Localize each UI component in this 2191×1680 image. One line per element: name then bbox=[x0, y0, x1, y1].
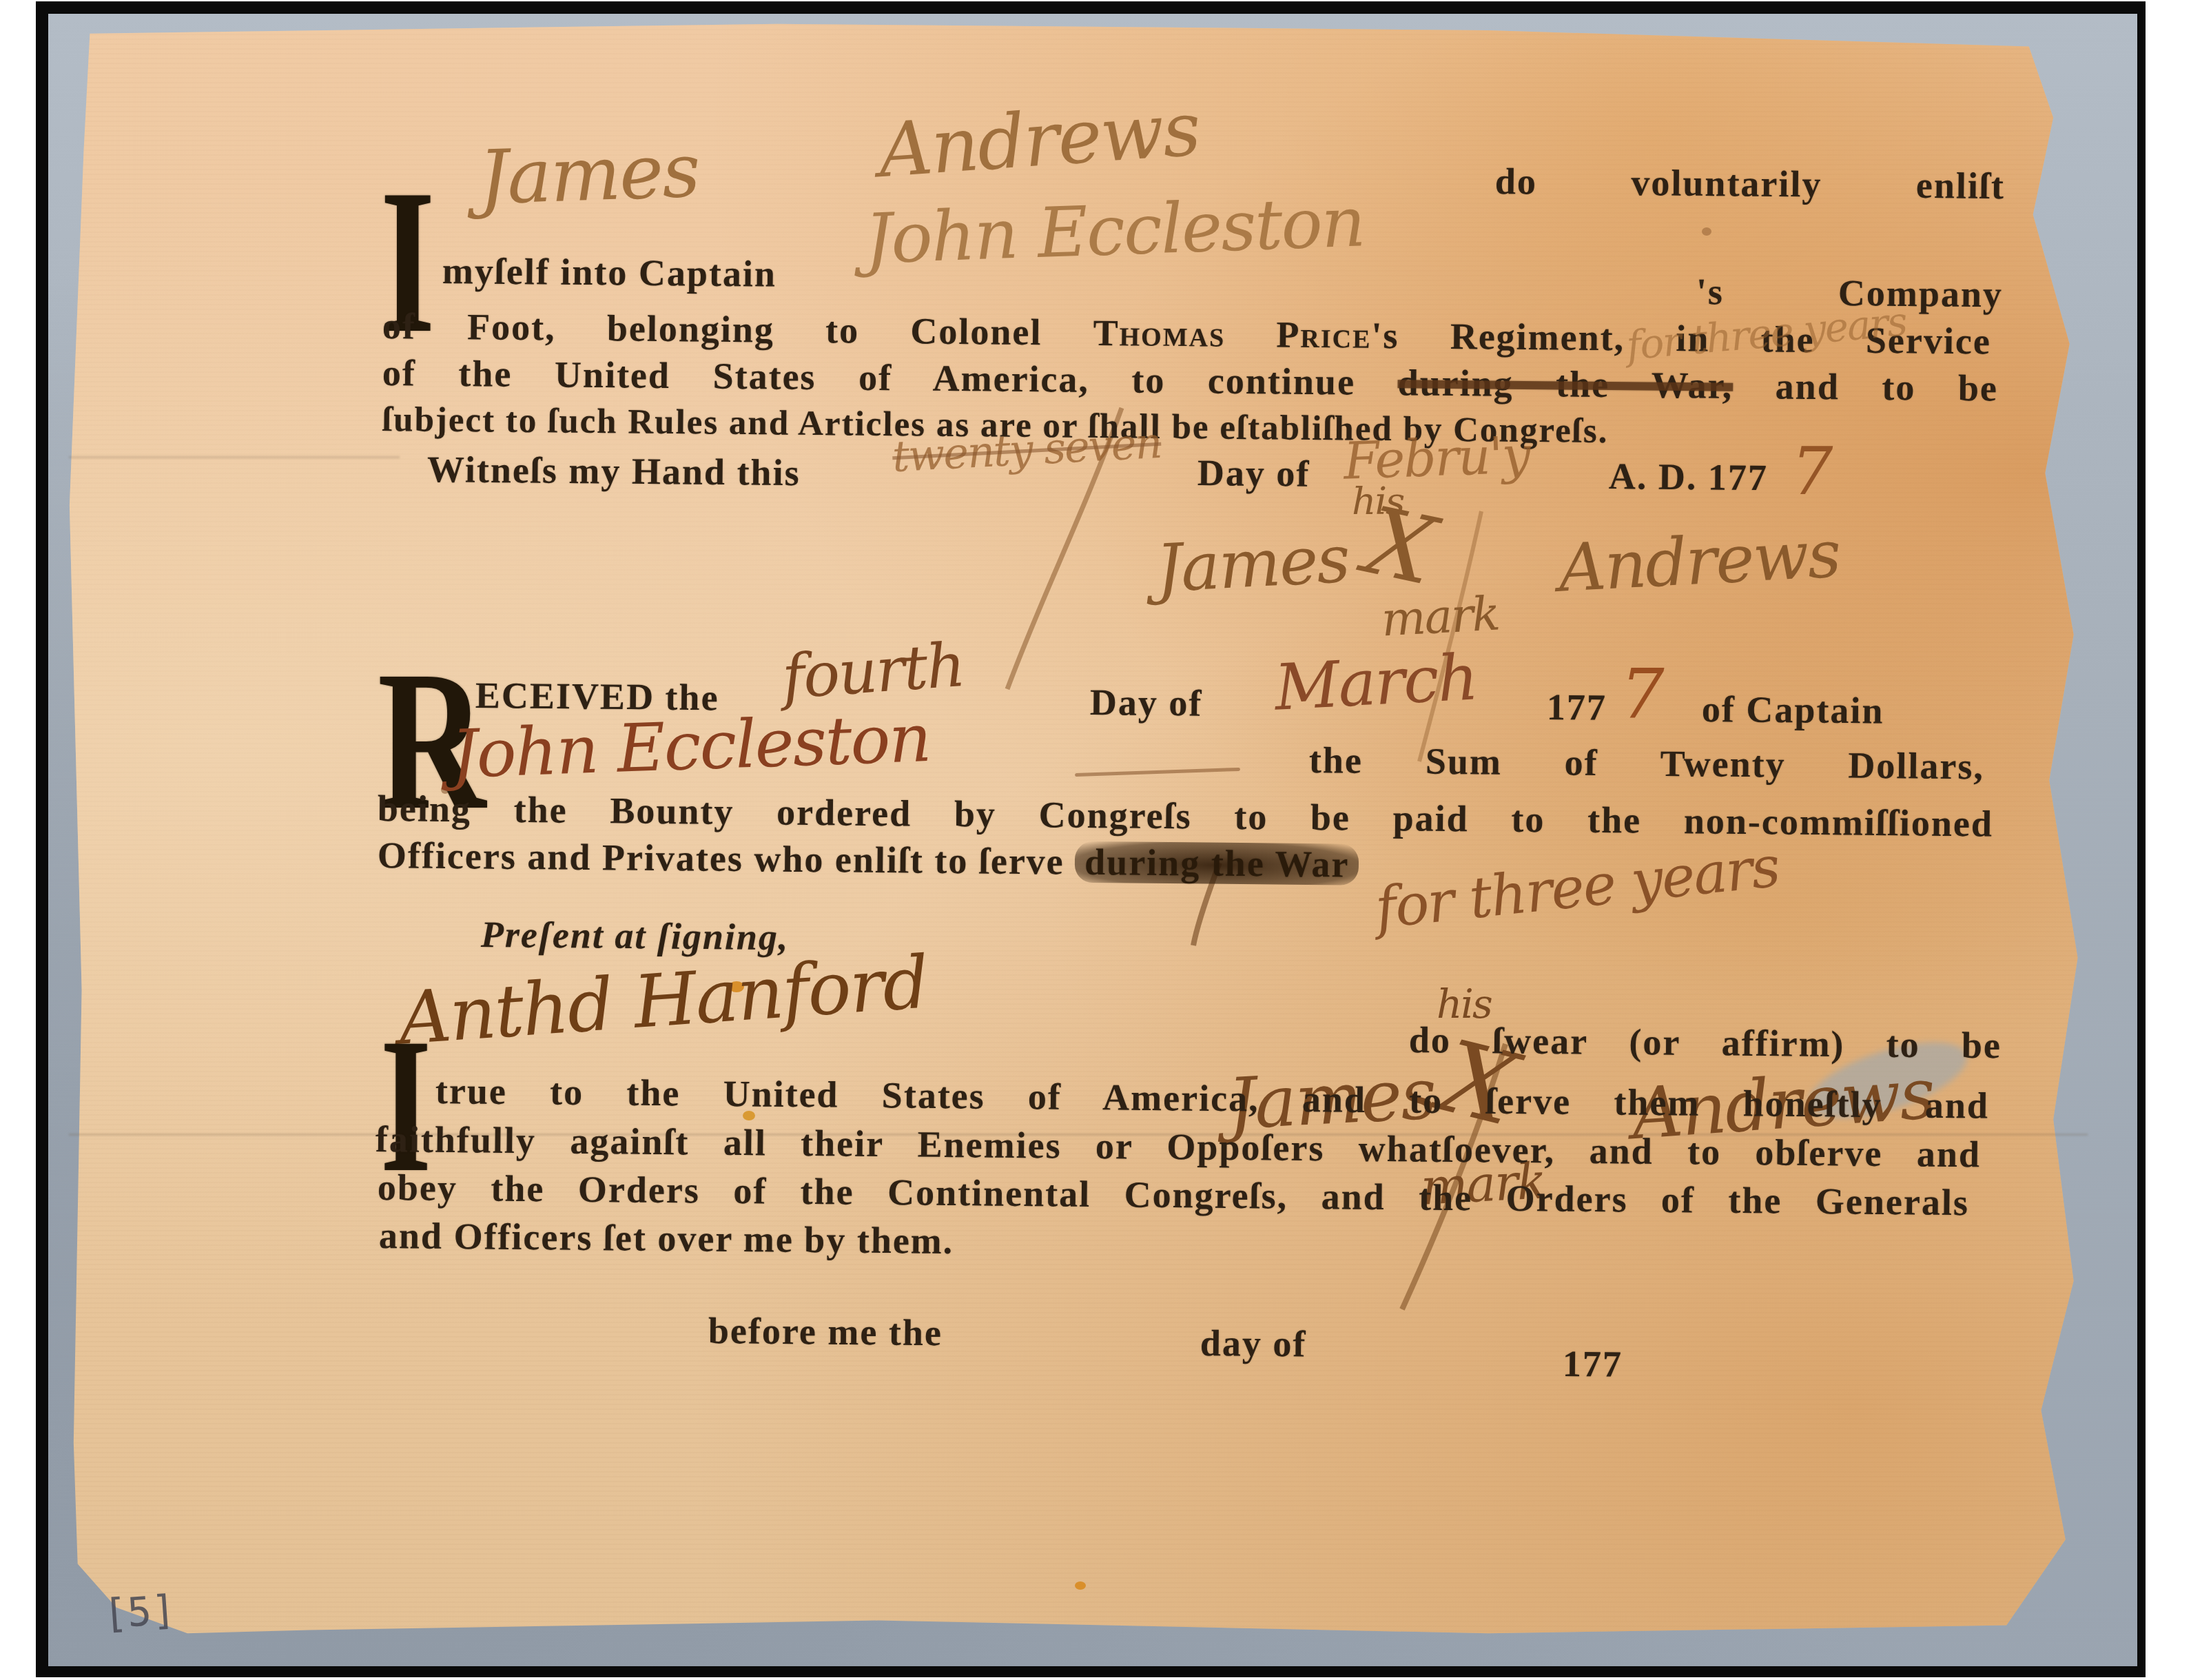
printed-before-me-the: before me the bbox=[708, 1309, 943, 1354]
blotted-during-the-war: during the War bbox=[1075, 841, 1359, 885]
hw-receipt-month: March bbox=[1273, 646, 1479, 719]
printed-bottom-day-of: day of bbox=[1200, 1322, 1307, 1366]
printed-line-enlist: do voluntarily enliſt bbox=[1495, 160, 2006, 207]
regiment-pre: of Foot, belonging to Colonel bbox=[382, 305, 1093, 354]
printed-oath-line5: and Officers ſet over me by them. bbox=[379, 1214, 954, 1262]
printed-present-at-signing: Preſent at ſigning, bbox=[481, 913, 790, 959]
colonel-name: Thomas Price bbox=[1093, 312, 1371, 356]
printed-sum-twenty-dollars: the Sum of Twenty Dollars, bbox=[1309, 739, 1985, 788]
struck-during-the-war: during the War, bbox=[1397, 362, 1733, 407]
printed-of-captain: of Captain bbox=[1702, 688, 1884, 733]
service-post: and to be bbox=[1733, 365, 1998, 409]
printed-bottom-177: 177 bbox=[1563, 1342, 1623, 1386]
printed-ad-177: A. D. 177 bbox=[1609, 455, 1769, 499]
hw-captain-name-receipt: John Eccleston bbox=[451, 705, 932, 788]
document-scan: I James Andrews do voluntarily enliſt my… bbox=[0, 0, 2191, 1680]
printed-receipt-day-of: Day of bbox=[1090, 681, 1203, 725]
printed-do-swear: do ſwear (or affirm) to be bbox=[1409, 1018, 2002, 1067]
officers-pre: Officers and Privates who enliſt to ſerv… bbox=[378, 834, 1076, 883]
hw-year-digit: 7 bbox=[1791, 440, 1831, 505]
hw-sig2-his: his bbox=[1437, 984, 1492, 1024]
hw-sig1-first: James bbox=[1155, 527, 1350, 603]
printed-witness-hand: Witneſs my Hand this bbox=[427, 448, 801, 494]
fold-crease bbox=[69, 456, 400, 458]
service-pre: of the United States of America, to cont… bbox=[382, 352, 1398, 403]
printed-line-myself: myſelf into Captain bbox=[442, 249, 777, 296]
hw-day-number: twenty seven bbox=[892, 422, 1162, 478]
hw-receipt-day: fourth bbox=[780, 635, 966, 708]
hw-captain-name-enlist: John Eccleston bbox=[863, 187, 1365, 274]
hw-sig1-last: Andrews bbox=[1557, 522, 1842, 602]
printed-day-of: Day of bbox=[1197, 451, 1310, 495]
hw-recruit-last-name: Andrews bbox=[876, 92, 1202, 189]
printed-receipt-177: 177 bbox=[1547, 686, 1607, 729]
ink-speck bbox=[1702, 227, 1711, 236]
hw-recruit-first-name: James bbox=[477, 134, 700, 216]
pencil-page-marker: [5] bbox=[102, 1586, 177, 1637]
hw-sig1-mark: mark bbox=[1380, 591, 1500, 644]
hw-receipt-year-digit: 7 bbox=[1621, 660, 1663, 729]
ink-speck bbox=[1075, 1581, 1086, 1590]
